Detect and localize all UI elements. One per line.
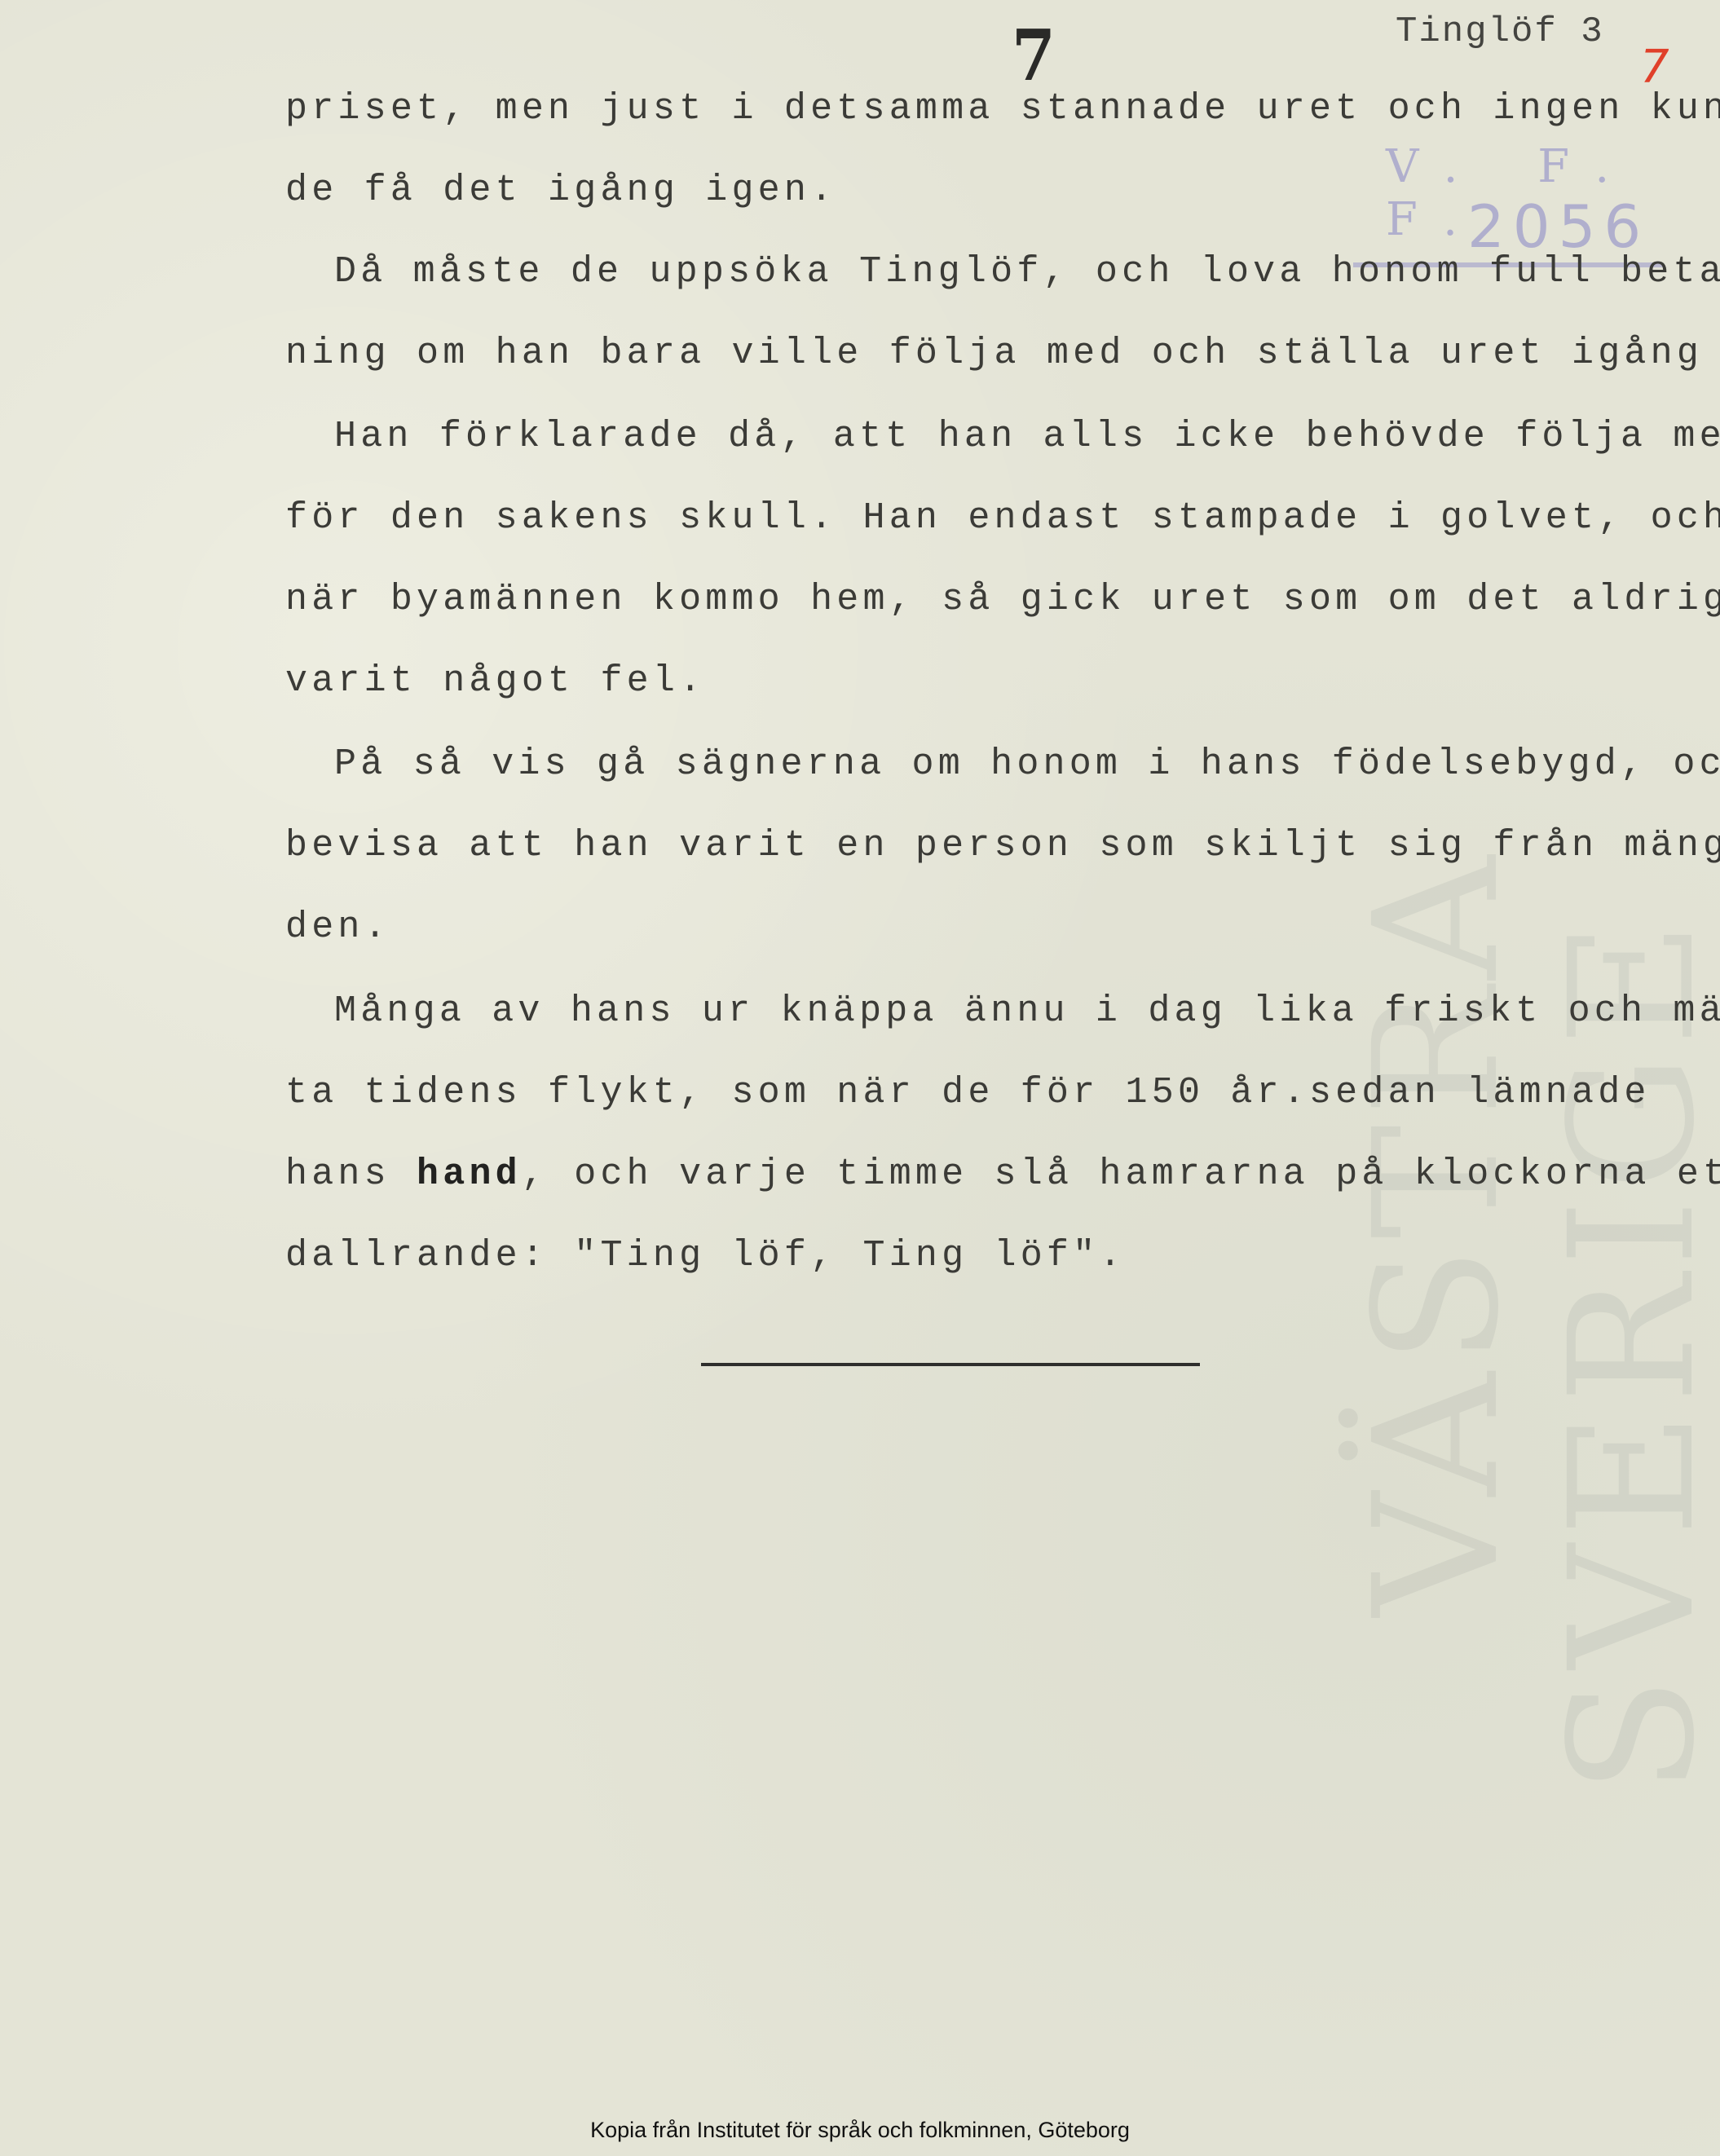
text-line: På så vis gå sägnerna om honom i hans fö… <box>334 743 1720 785</box>
text-line: när byamännen kommo hem, så gick uret so… <box>285 579 1720 620</box>
text-line: priset, men just i detsamma stannade ure… <box>285 88 1720 130</box>
text-fragment: hans <box>285 1153 417 1195</box>
text-line: Då måste de uppsöka Tinglöf, och lova ho… <box>334 251 1720 293</box>
text-line: ning om han bara ville följa med och stä… <box>285 333 1720 374</box>
text-line: hans hand, och varje timme slå hamrarna … <box>285 1153 1720 1195</box>
text-line: dallrande: "Ting löf, Ting löf". <box>285 1235 1126 1276</box>
text-line: Han förklarade då, att han alls icke beh… <box>334 416 1720 457</box>
watermark-text: VÄSTRA <box>1337 848 1537 1616</box>
header-reference: Tinglöf 3 <box>1396 11 1604 52</box>
end-separator-line <box>701 1363 1200 1366</box>
text-line: varit något fel. <box>285 660 705 702</box>
watermark-text: SVERIGE <box>1533 913 1720 1794</box>
text-line: bevisa att han varit en person som skilj… <box>285 825 1720 866</box>
text-line: Många av hans ur knäppa ännu i dag lika … <box>334 990 1720 1032</box>
text-line: för den sakens skull. Han endast stampad… <box>285 497 1720 539</box>
text-fragment: , och varje timme slå hamrarna på klocko… <box>522 1153 1720 1195</box>
archive-footer: Kopia från Institutet för språk och folk… <box>0 2118 1720 2143</box>
text-line: de få det igång igen. <box>285 170 836 211</box>
handwritten-page-mark: 7 <box>1640 41 1669 94</box>
bold-word: hand <box>417 1153 522 1195</box>
text-line: ta tidens flykt, som när de för 150 år.s… <box>285 1072 1651 1113</box>
page-number: 7 <box>1012 15 1056 97</box>
text-line: den. <box>285 906 390 948</box>
